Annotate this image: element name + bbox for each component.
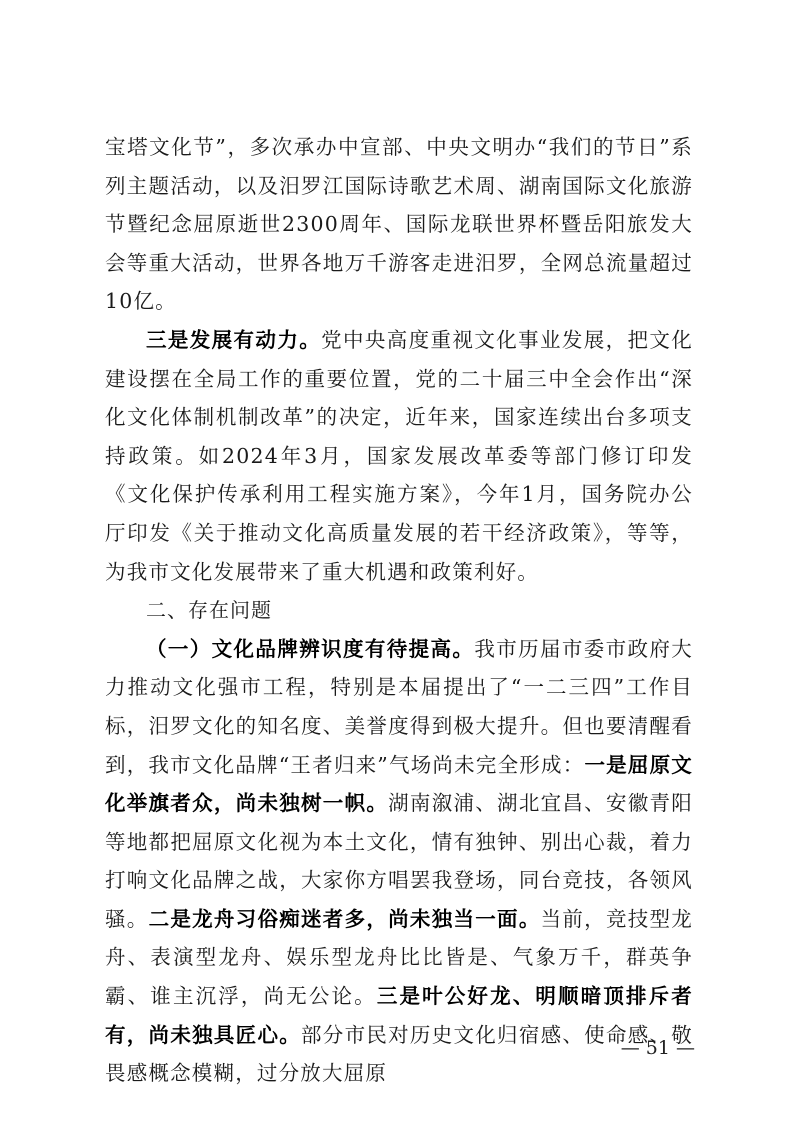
page-number: — 51 —: [620, 1037, 695, 1059]
bold-lead-sentence: 三是发展有动力。: [146, 328, 321, 352]
section-heading-existing-problems: 二、存在问题: [105, 591, 693, 630]
section-heading-text: 二、存在问题: [146, 598, 272, 622]
text-segment: 宝塔文化节”，多次承办中宣部、中央文明办“我们的节日”系列主题活动，以及汨罗江国…: [105, 135, 693, 313]
paragraph-development-momentum: 三是发展有动力。党中央高度重视文化事业发展，把文化建设摆在全局工作的重要位置，党…: [105, 321, 693, 591]
paragraph-activities: 宝塔文化节”，多次承办中宣部、中央文明办“我们的节日”系列主题活动，以及汨罗江国…: [105, 128, 693, 321]
subheading-brand-recognition: （一）文化品牌辨识度有待提高。: [146, 637, 474, 661]
document-page: 宝塔文化节”，多次承办中宣部、中央文明办“我们的节日”系列主题活动，以及汨罗江国…: [0, 0, 793, 1122]
text-segment: 党中央高度重视文化事业发展，把文化建设摆在全局工作的重要位置，党的二十届三中全会…: [105, 328, 693, 584]
body-text: 宝塔文化节”，多次承办中宣部、中央文明办“我们的节日”系列主题活动，以及汨罗江国…: [105, 128, 693, 1093]
bold-point-two: 二是龙舟习俗痴迷者多，尚未独当一面。: [149, 907, 541, 931]
paragraph-brand-recognition: （一）文化品牌辨识度有待提高。我市历届市委市政府大力推动文化强市工程，特别是本届…: [105, 630, 693, 1093]
